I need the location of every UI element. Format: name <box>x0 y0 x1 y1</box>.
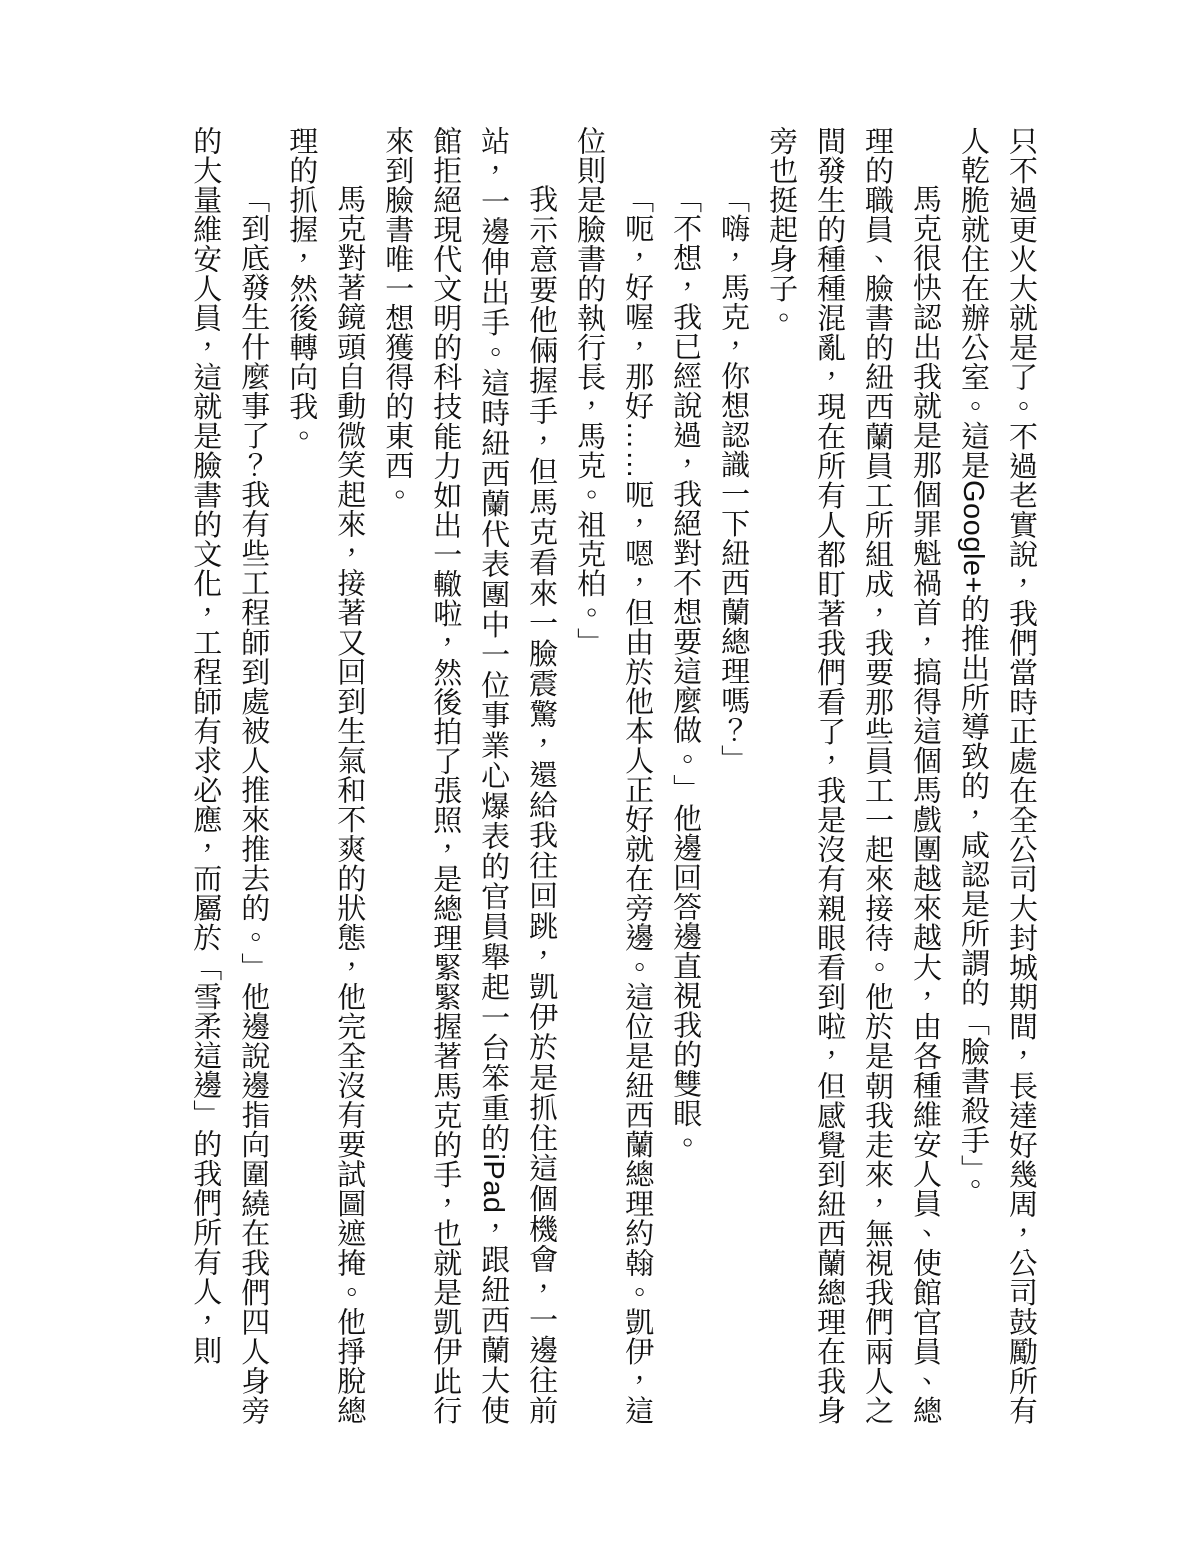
paragraph-2: 馬克很快認出我就是那個罪魁禍首，搞得這個馬戲團越來越大，由各種維安人員、使館官員… <box>756 126 948 1425</box>
paragraph-7: 馬克對著鏡頭自動微笑起來，接著又回到生氣和不爽的狀態，他完全沒有要試圖遮掩。他掙… <box>276 126 372 1425</box>
paragraph-3: 「嗨，馬克，你想認識一下紐西蘭總理嗎？」 <box>708 126 756 1425</box>
paragraph-8: 「到底發生什麼事了？我有些工程師到處被人推來推去的。」他邊說邊指向圍繞在我們四人… <box>180 126 276 1425</box>
paragraph-6: 我示意要他倆握手，但馬克看來一臉震驚，還給我往回跳，凱伊於是抓住這個機會，一邊往… <box>372 126 564 1425</box>
paragraph-4: 「不想，我已經說過，我絕對不想要這麼做。」他邊回答邊直視我的雙眼。 <box>660 126 708 1425</box>
paragraph-1: 只不過更火大就是了。不過老實說，我們當時正處在全公司大封城期間，長達好幾周，公司… <box>948 126 1044 1425</box>
vertical-text-block: 只不過更火大就是了。不過老實說，我們當時正處在全公司大封城期間，長達好幾周，公司… <box>180 126 1044 1425</box>
book-page: 只不過更火大就是了。不過老實說，我們當時正處在全公司大封城期間，長達好幾周，公司… <box>0 0 1200 1552</box>
paragraph-5: 「呃，好喔，那好……呃，嗯，但由於他本人正好就在旁邊。這位是紐西蘭總理約翰。凱伊… <box>564 126 660 1425</box>
